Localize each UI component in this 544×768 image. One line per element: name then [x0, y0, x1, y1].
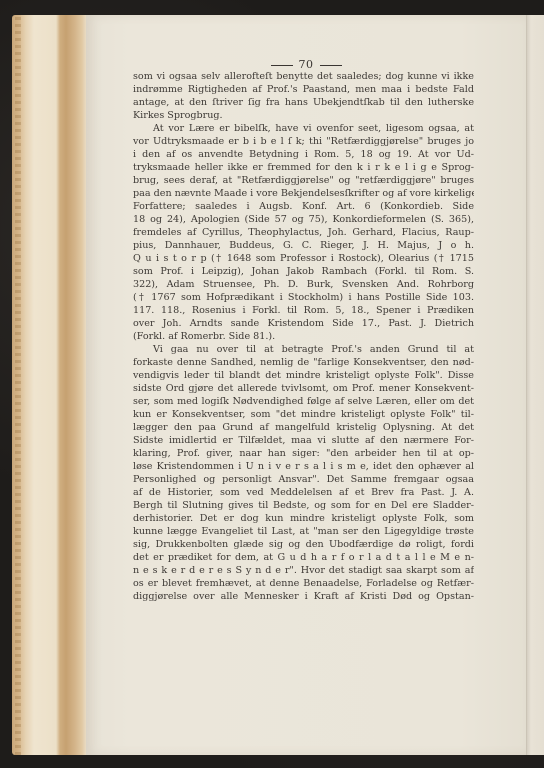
text-line: Vi gaa nu over til at betragte Prof.'s a… — [133, 343, 474, 356]
text-line: tryksmaade heller ikke er fremmed for de… — [133, 161, 474, 174]
text-line: antage, at den ſtriver ſig fra hans Ubek… — [133, 96, 474, 109]
text-line: 18 og 24), Apologien (Side 57 og 75), Ko… — [133, 213, 474, 226]
text-line: kunne lægge Evangeliet til Last, at "man… — [133, 525, 474, 538]
text-line: brug, sees deraf, at "Retfærdiggjørelse"… — [133, 174, 474, 187]
text-line: sig, Drukkenbolten glæde sig og den Ubod… — [133, 538, 474, 551]
text-line: indrømme Rigtigheden af Prof.'s Paastand… — [133, 83, 474, 96]
text-line: det er prædiket for dem, at G u d h a r … — [133, 551, 474, 564]
text-line: som vi ogsaa selv allerofteſt benytte de… — [133, 70, 474, 83]
text-line: n e s k e r d e r e s S y n d e r". Hvor… — [133, 564, 474, 577]
text-line: over Joh. Arndts sande Kristendom Side 1… — [133, 317, 474, 330]
text-line: 322), Adam Struensee, Ph. D. Burk, Svens… — [133, 278, 474, 291]
text-line: Bergh til Slutning gives til Bedste, og … — [133, 499, 474, 512]
text-line: 117. 118., Rosenius i Forkl. til Rom. 5,… — [133, 304, 474, 317]
dash-right — [320, 65, 342, 66]
text-line: ser, som med logiſk Nødvendighed følge a… — [133, 395, 474, 408]
text-line: Forfattere; saaledes i Augsb. Konf. Art.… — [133, 200, 474, 213]
text-line: Sidste imidlertid er Tilfældet, maa vi s… — [133, 434, 474, 447]
text-line: lægger den paa Grund af mangelfuld krist… — [133, 421, 474, 434]
page-body-text: som vi ogsaa selv allerofteſt benytte de… — [133, 70, 474, 603]
text-line: paa den nævnte Maade i vore Bekjendelses… — [133, 187, 474, 200]
text-line: (Forkl. af Romerbr. Side 81.). — [133, 330, 474, 343]
text-line: Personlighed og personligt Ansvar". Det … — [133, 473, 474, 486]
text-line: kun er Konsekventser, som "det mindre kr… — [133, 408, 474, 421]
text-line: som Prof. i Leipzig), Johan Jakob Rambac… — [133, 265, 474, 278]
text-line: diggjørelse over alle Mennesker i Kraft … — [133, 590, 474, 603]
page-edge-right — [526, 15, 544, 755]
text-line: løse Kristendommen i U n i v e r s a l i… — [133, 460, 474, 473]
text-line: af de Historier, som ved Meddelelsen af … — [133, 486, 474, 499]
text-line: Kirkes Sprogbrug. — [133, 109, 474, 122]
text-line: At vor Lære er bibelſk, have vi ovenfor … — [133, 122, 474, 135]
text-line: vor Udtryksmaade er b i b e l ſ k; thi "… — [133, 135, 474, 148]
text-line: i den af os anvendte Betydning i Rom. 5,… — [133, 148, 474, 161]
text-line: († 1767 som Hofprædikant i Stockholm) i … — [133, 291, 474, 304]
text-line: Q u i s t o r p († 1648 som Professor i … — [133, 252, 474, 265]
text-line: fremdeles af Cyrillus, Theophylactus, Jo… — [133, 226, 474, 239]
text-line: vendigvis leder til blandt det mindre kr… — [133, 369, 474, 382]
text-line: derhistorier. Det er dog kun mindre kris… — [133, 512, 474, 525]
text-line: klaring, Prof. giver, naar han siger: "d… — [133, 447, 474, 460]
text-line: sidste Ord gjøre det allerede tvivlsomt,… — [133, 382, 474, 395]
text-line: forkaste denne Sandhed, nemlig de "farli… — [133, 356, 474, 369]
page-edges-left — [12, 15, 86, 755]
text-line: pius, Dannhauer, Buddeus, G. C. Rieger, … — [133, 239, 474, 252]
dash-left — [271, 65, 293, 66]
text-line: os er blevet fremhævet, at denne Benaade… — [133, 577, 474, 590]
